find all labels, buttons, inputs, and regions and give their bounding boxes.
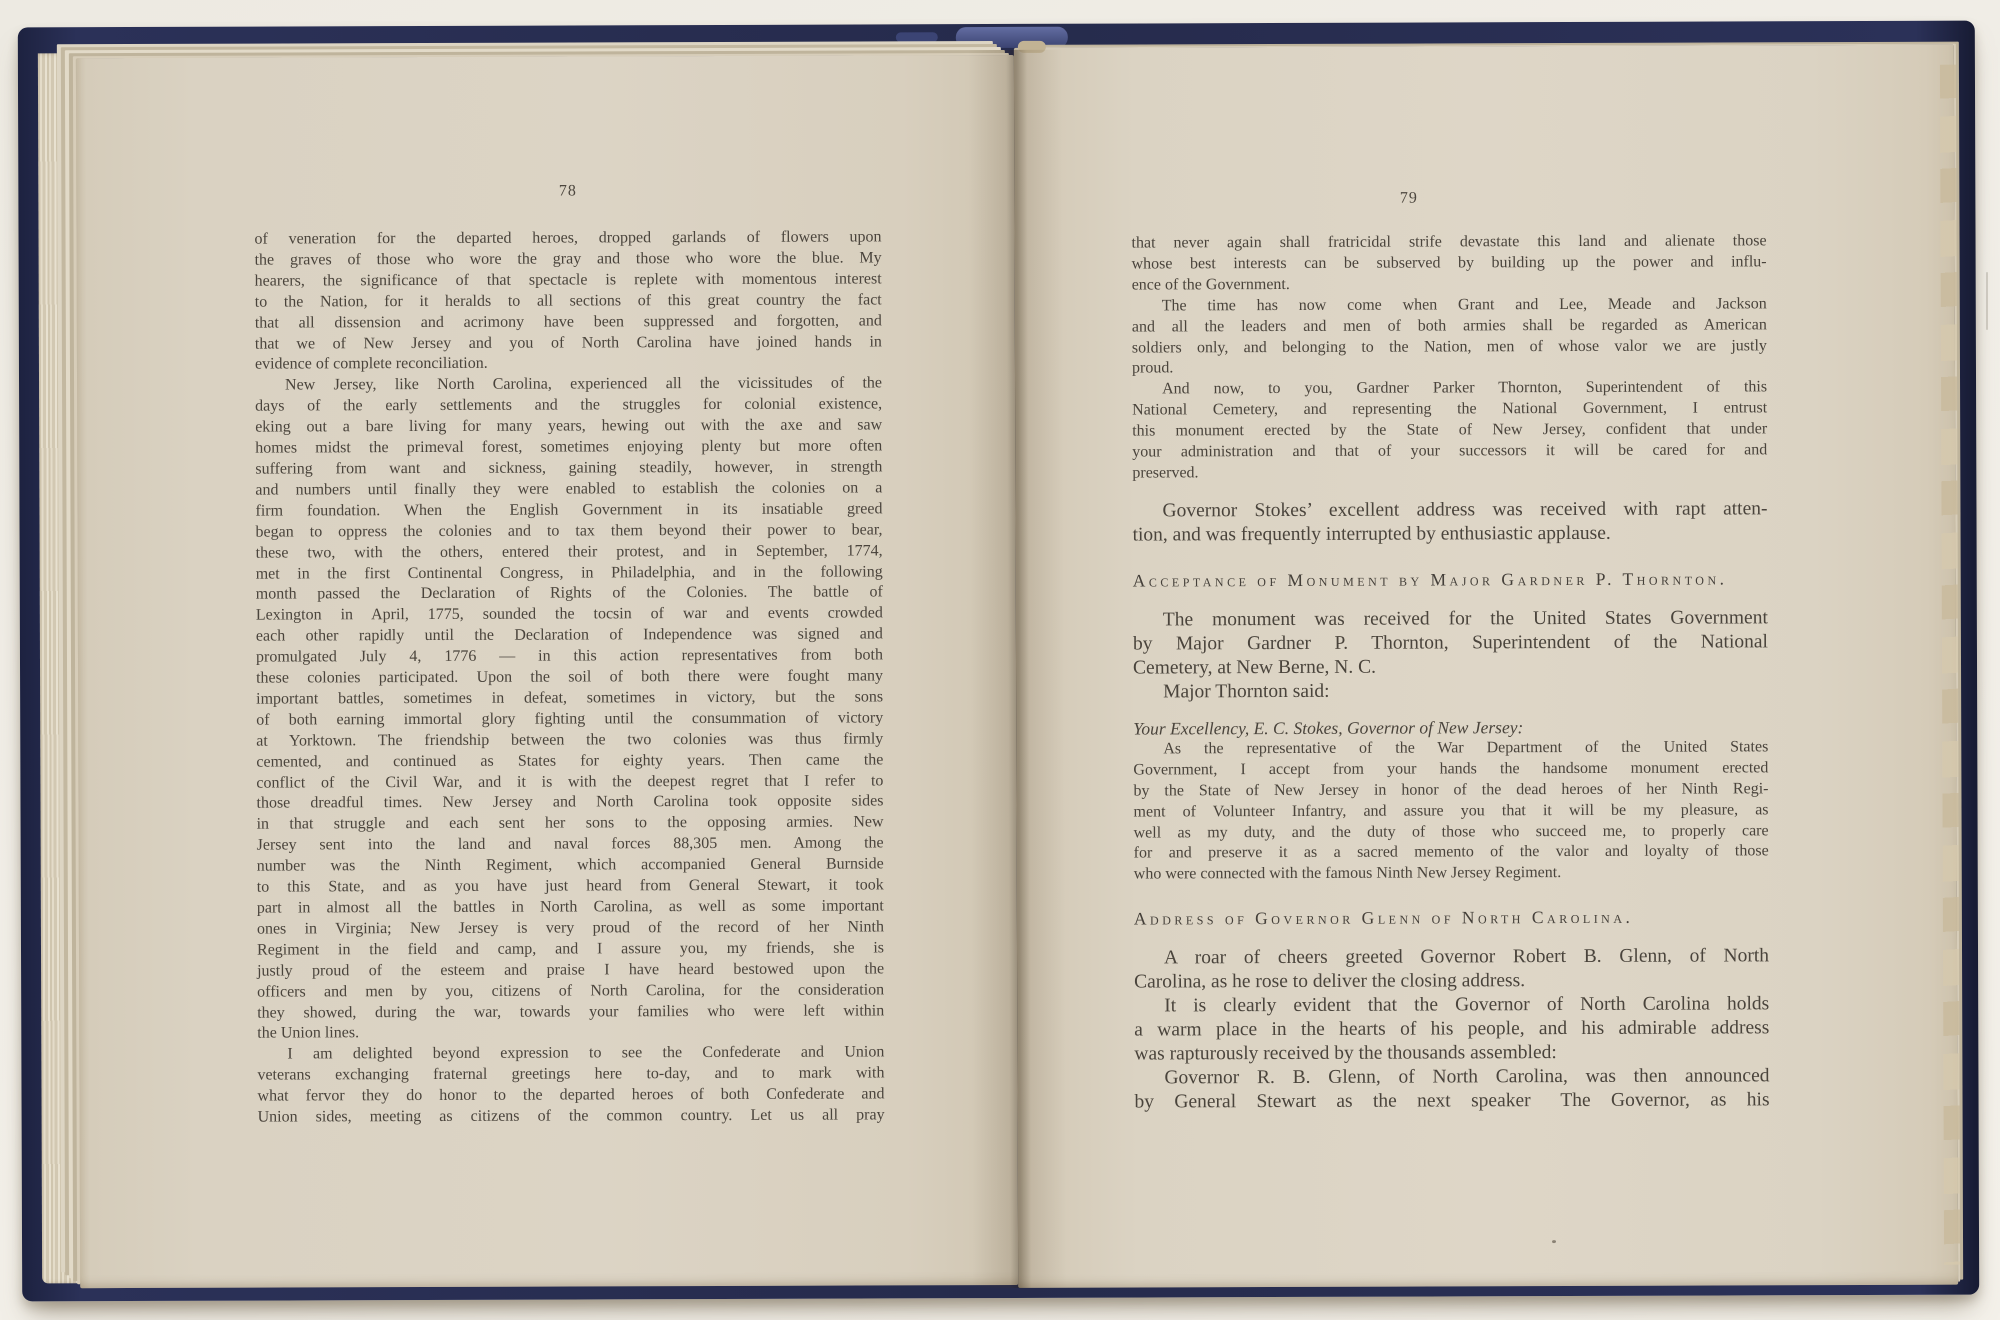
page-edge-deckle-right bbox=[1940, 65, 1960, 1265]
text-line: Governor R. B. Glenn, of North Carolina,… bbox=[1134, 1065, 1769, 1091]
text-line: Address of Governor Glenn of North Carol… bbox=[1134, 905, 1769, 931]
text-line: A roar of cheers greeted Governor Robert… bbox=[1134, 945, 1769, 971]
text-line: whose best interests can be subserved by… bbox=[1132, 252, 1767, 275]
text-line: officers and men by you, citizens of Nor… bbox=[257, 980, 884, 1003]
text-line: of veneration for the departed heroes, d… bbox=[254, 227, 881, 250]
text-line: Jersey sent into the land and naval forc… bbox=[257, 834, 884, 857]
text-line: Your Excellency, E. C. Stokes, Governor … bbox=[1133, 716, 1768, 739]
text-line: met in the first Continental Congress, i… bbox=[256, 562, 883, 585]
text-line: of both earning immortal glory fighting … bbox=[256, 708, 883, 731]
paragraph: Major Thornton said: bbox=[1133, 678, 1768, 704]
right-text-block: that never again shall fratricidal strif… bbox=[1132, 231, 1770, 1114]
cover-wear-mark bbox=[896, 32, 938, 42]
page-78: 78 of veneration for the departed heroes… bbox=[76, 55, 1018, 1288]
text-line: firm foundation. When the English Govern… bbox=[255, 499, 882, 522]
text-line: those dreadful times. New Jersey and Nor… bbox=[256, 792, 883, 815]
text-line: well as my duty, and the duty of those w… bbox=[1134, 821, 1769, 844]
paragraph: of veneration for the departed heroes, d… bbox=[254, 227, 882, 376]
text-line: veterans exchanging fraternal greetings … bbox=[257, 1064, 884, 1087]
page-number-left: 78 bbox=[254, 181, 881, 201]
text-line: hearers, the significance of that specta… bbox=[255, 269, 882, 292]
text-line: The time has now come when Grant and Lee… bbox=[1132, 294, 1767, 317]
text-line: and all the leaders and men of both armi… bbox=[1132, 315, 1767, 338]
text-line: and numbers until finally they were enab… bbox=[255, 478, 882, 501]
page-number-right: 79 bbox=[1091, 188, 1726, 208]
text-line: As the representative of the War Departm… bbox=[1133, 737, 1768, 760]
text-line: And now, to you, Gardner Parker Thornton… bbox=[1132, 378, 1767, 401]
text-line: Cemetery, at New Berne, N. C. bbox=[1133, 654, 1768, 680]
text-line: at Yorktown. The friendship between the … bbox=[256, 729, 883, 752]
text-line: Lexington in April, 1775, sounded the to… bbox=[256, 604, 883, 627]
text-line: began to oppress the colonies and to tax… bbox=[256, 520, 883, 543]
text-line: by the State of New Jersey in honor of t… bbox=[1133, 779, 1768, 802]
text-line: Acceptance of Monument by Major Gardner … bbox=[1133, 566, 1768, 592]
text-line: these two, with the others, entered thei… bbox=[256, 541, 883, 564]
paragraph: And now, to you, Gardner Parker Thornton… bbox=[1132, 378, 1767, 485]
text-line: ence of the Government. bbox=[1132, 273, 1767, 296]
paragraph: Your Excellency, E. C. Stokes, Governor … bbox=[1133, 716, 1768, 739]
text-line: evidence of complete reconciliation. bbox=[255, 353, 882, 376]
paragraph: The monument was received for the United… bbox=[1133, 606, 1768, 680]
text-line: that we of New Jersey and you of North C… bbox=[255, 332, 882, 355]
text-line: who were connected with the famous Ninth… bbox=[1134, 863, 1769, 886]
text-line: number was the Ninth Regiment, which acc… bbox=[257, 855, 884, 878]
text-line: proud. bbox=[1132, 357, 1767, 380]
text-line: eking out a bare living for many years, … bbox=[255, 416, 882, 439]
text-line: by General Stewart as the next speaker T… bbox=[1135, 1089, 1770, 1115]
text-line: Government, I accept from your hands the… bbox=[1133, 758, 1768, 781]
background-crease-mark bbox=[1986, 272, 1988, 330]
text-line: cemented, and continued as States for ei… bbox=[256, 750, 883, 773]
text-line: for and preserve it as a sacred memento … bbox=[1134, 842, 1769, 865]
section-heading: Address of Governor Glenn of North Carol… bbox=[1134, 905, 1769, 931]
text-line: Union sides, meeting as citizens of the … bbox=[258, 1105, 885, 1128]
text-line: month passed the Declaration of Rights o… bbox=[256, 583, 883, 606]
section-heading: Acceptance of Monument by Major Gardner … bbox=[1133, 566, 1768, 592]
text-line: what fervor they do honor to the departe… bbox=[257, 1085, 884, 1108]
text-line: was rapturously received by the thousand… bbox=[1134, 1041, 1769, 1067]
text-line: that all dissension and acrimony have be… bbox=[255, 311, 882, 334]
text-line: part in almost all the battles in North … bbox=[257, 896, 884, 919]
paragraph: New Jersey, like North Carolina, experie… bbox=[255, 374, 884, 1045]
book-cover: 78 of veneration for the departed heroes… bbox=[18, 21, 1979, 1302]
paragraph: Governor R. B. Glenn, of North Carolina,… bbox=[1134, 1065, 1769, 1115]
left-text-block: of veneration for the departed heroes, d… bbox=[254, 227, 884, 1128]
text-line: they showed, during the war, towards you… bbox=[257, 1001, 884, 1024]
text-line: justly proud of the esteem and praise I … bbox=[257, 959, 884, 982]
page-79: 79 that never again shall fratricidal st… bbox=[1014, 45, 1958, 1288]
text-line: to the Nation, for it heralds to all sec… bbox=[255, 290, 882, 313]
text-line: the graves of those who wore the gray an… bbox=[255, 248, 882, 271]
text-line: each other rapidly until the Declaration… bbox=[256, 625, 883, 648]
paragraph: Governor Stokes’ excellent address was r… bbox=[1132, 497, 1767, 547]
text-line: to this State, and as you have just hear… bbox=[257, 875, 884, 898]
text-line: suffering from want and sickness, gainin… bbox=[255, 457, 882, 480]
text-line: Regiment in the field and camp, and I as… bbox=[257, 938, 884, 961]
text-line: National Cemetery, and representing the … bbox=[1132, 399, 1767, 422]
paragraph: As the representative of the War Departm… bbox=[1133, 737, 1769, 886]
paper-speck bbox=[1552, 1240, 1556, 1243]
photo-background: 78 of veneration for the departed heroes… bbox=[0, 0, 2000, 1320]
text-line: preserved. bbox=[1132, 461, 1767, 484]
text-line: in that struggle and each sent her sons … bbox=[257, 813, 884, 836]
paragraph: that never again shall fratricidal strif… bbox=[1132, 231, 1767, 296]
text-line: by Major Gardner P. Thornton, Superinten… bbox=[1133, 630, 1768, 656]
text-line: ones in Virginia; New Jersey is very pro… bbox=[257, 917, 884, 940]
text-line: a warm place in the hearts of his people… bbox=[1134, 1017, 1769, 1043]
cover-wear-mark bbox=[956, 27, 1068, 48]
text-line: homes midst the primeval forest, sometim… bbox=[255, 436, 882, 459]
text-line: days of the early settlements and the st… bbox=[255, 395, 882, 418]
text-line: Major Thornton said: bbox=[1133, 678, 1768, 704]
text-line: New Jersey, like North Carolina, experie… bbox=[255, 374, 882, 397]
text-line: The monument was received for the United… bbox=[1133, 606, 1768, 632]
text-line: It is clearly evident that the Governor … bbox=[1134, 993, 1769, 1019]
text-line: conflict of the Civil War, and it is wit… bbox=[256, 771, 883, 794]
text-line: this monument erected by the State of Ne… bbox=[1132, 419, 1767, 442]
text-line: that never again shall fratricidal strif… bbox=[1132, 231, 1767, 254]
text-line: soldiers only, and belonging to the Nati… bbox=[1132, 336, 1767, 359]
paragraph: The time has now come when Grant and Lee… bbox=[1132, 294, 1767, 380]
paragraph: It is clearly evident that the Governor … bbox=[1134, 993, 1769, 1067]
text-line: these colonies participated. Upon the so… bbox=[256, 666, 883, 689]
text-line: the Union lines. bbox=[257, 1022, 884, 1045]
text-line: promulgated July 4, 1776 — in this actio… bbox=[256, 646, 883, 669]
text-line: I am delighted beyond expression to see … bbox=[257, 1043, 884, 1066]
text-line: tion, and was frequently interrupted by … bbox=[1133, 521, 1768, 547]
paragraph: A roar of cheers greeted Governor Robert… bbox=[1134, 945, 1769, 995]
text-line: Carolina, as he rose to deliver the clos… bbox=[1134, 969, 1769, 995]
text-line: your administration and that of your suc… bbox=[1132, 440, 1767, 463]
text-line: Governor Stokes’ excellent address was r… bbox=[1132, 497, 1767, 523]
paragraph: I am delighted beyond expression to see … bbox=[257, 1043, 884, 1129]
text-line: ment of Volunteer Infantry, and assure y… bbox=[1133, 800, 1768, 823]
text-line: important battles, sometimes in defeat, … bbox=[256, 687, 883, 710]
